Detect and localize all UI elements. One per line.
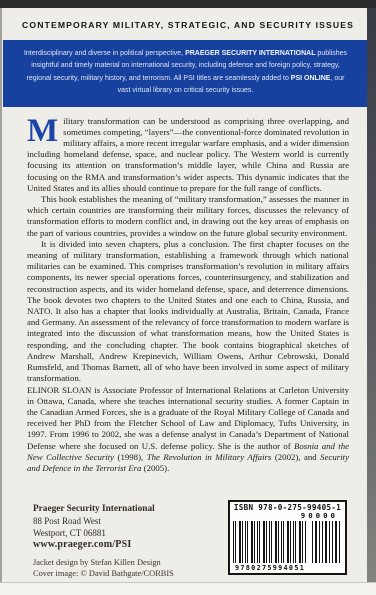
barcode-digits: 9780275994051 bbox=[233, 564, 307, 572]
publisher-block: Praeger Security International 88 Post R… bbox=[33, 503, 174, 579]
synopsis-paragraph-1-text: ilitary transformation can be understood… bbox=[27, 116, 349, 193]
barcode-price-code: 90000 bbox=[233, 512, 338, 520]
synopsis-paragraph-1: Military transformation can be understoo… bbox=[27, 116, 349, 194]
photo-edge-top bbox=[0, 0, 376, 8]
isbn-barcode-box: ISBN 978-0-275-99405-1 90000 97802759940… bbox=[228, 500, 347, 575]
synopsis: Military transformation can be understoo… bbox=[27, 116, 349, 475]
publisher-address-line1: 88 Post Road West bbox=[33, 515, 174, 527]
synopsis-paragraph-2: This book establishes the meaning of “mi… bbox=[27, 194, 349, 239]
photo-edge-right bbox=[367, 8, 376, 583]
publisher-website: www.praeger.com/PSI bbox=[33, 539, 174, 551]
psi-banner: Interdisciplinary and diverse in politic… bbox=[3, 40, 368, 107]
barcode-supplement-bars bbox=[312, 521, 342, 563]
publisher-name: Praeger Security International bbox=[33, 503, 174, 515]
publisher-address-line2: Westport, CT 06881 bbox=[33, 527, 174, 539]
photo-edge-left bbox=[0, 8, 2, 595]
barcode-bars-row bbox=[233, 521, 342, 563]
book-back-cover: CONTEMPORARY MILITARY, STRATEGIC, AND SE… bbox=[0, 0, 376, 595]
jacket-design-credit: Jacket design by Stefan Killen Design bbox=[33, 557, 174, 568]
psi-banner-text: Interdisciplinary and diverse in politic… bbox=[24, 50, 347, 94]
barcode-main-bars bbox=[233, 521, 306, 563]
cover-image-credit: Cover image: © David Bathgate/CORBIS bbox=[33, 568, 174, 579]
photo-edge-bottom bbox=[0, 582, 376, 595]
credits-block: Jacket design by Stefan Killen Design Co… bbox=[33, 557, 174, 579]
drop-cap-letter: M bbox=[27, 117, 58, 145]
series-title: CONTEMPORARY MILITARY, STRATEGIC, AND SE… bbox=[10, 20, 366, 30]
author-bio: ELINOR SLOAN is Associate Professor of I… bbox=[27, 385, 349, 475]
synopsis-paragraph-3: It is divided into seven chapters, plus … bbox=[27, 239, 349, 385]
